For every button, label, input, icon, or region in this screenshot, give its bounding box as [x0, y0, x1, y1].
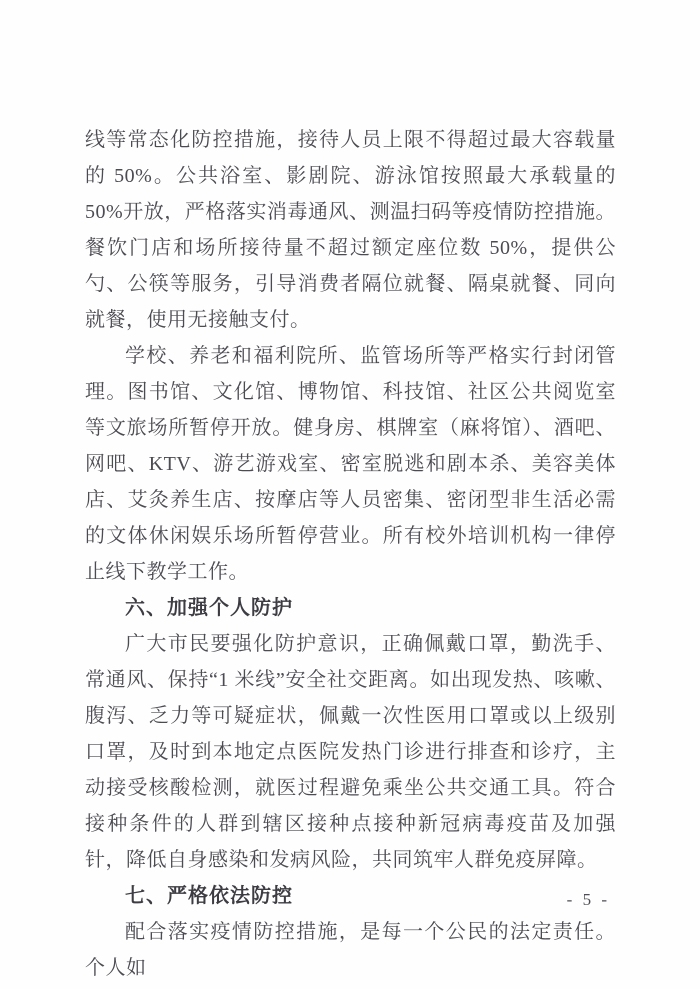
paragraph-personal-protection: 广大市民要强化防护意识，正确佩戴口罩，勤洗手、常通风、保持“1 米线”安全社交距…: [85, 626, 616, 878]
paragraph-legal-responsibility: 配合落实疫情防控措施，是每一个公民的法定责任。个人如: [85, 914, 616, 986]
document-body: 线等常态化防控措施，接待人员上限不得超过最大容载量的 50%。公共浴室、影剧院、…: [85, 122, 616, 986]
section-heading-7-law-based-control: 七、严格依法防控: [85, 878, 616, 914]
paragraph-facility-closures: 学校、养老和福利院所、监管场所等严格实行封闭管理。图书馆、文化馆、博物馆、科技馆…: [85, 338, 616, 590]
paragraph-venue-capacity-limits: 线等常态化防控措施，接待人员上限不得超过最大容载量的 50%。公共浴室、影剧院、…: [85, 122, 616, 338]
section-heading-6-personal-protection: 六、加强个人防护: [85, 590, 616, 626]
document-page: 线等常态化防控措施，接待人员上限不得超过最大容载量的 50%。公共浴室、影剧院、…: [0, 0, 700, 989]
page-number: - 5 -: [567, 890, 610, 910]
